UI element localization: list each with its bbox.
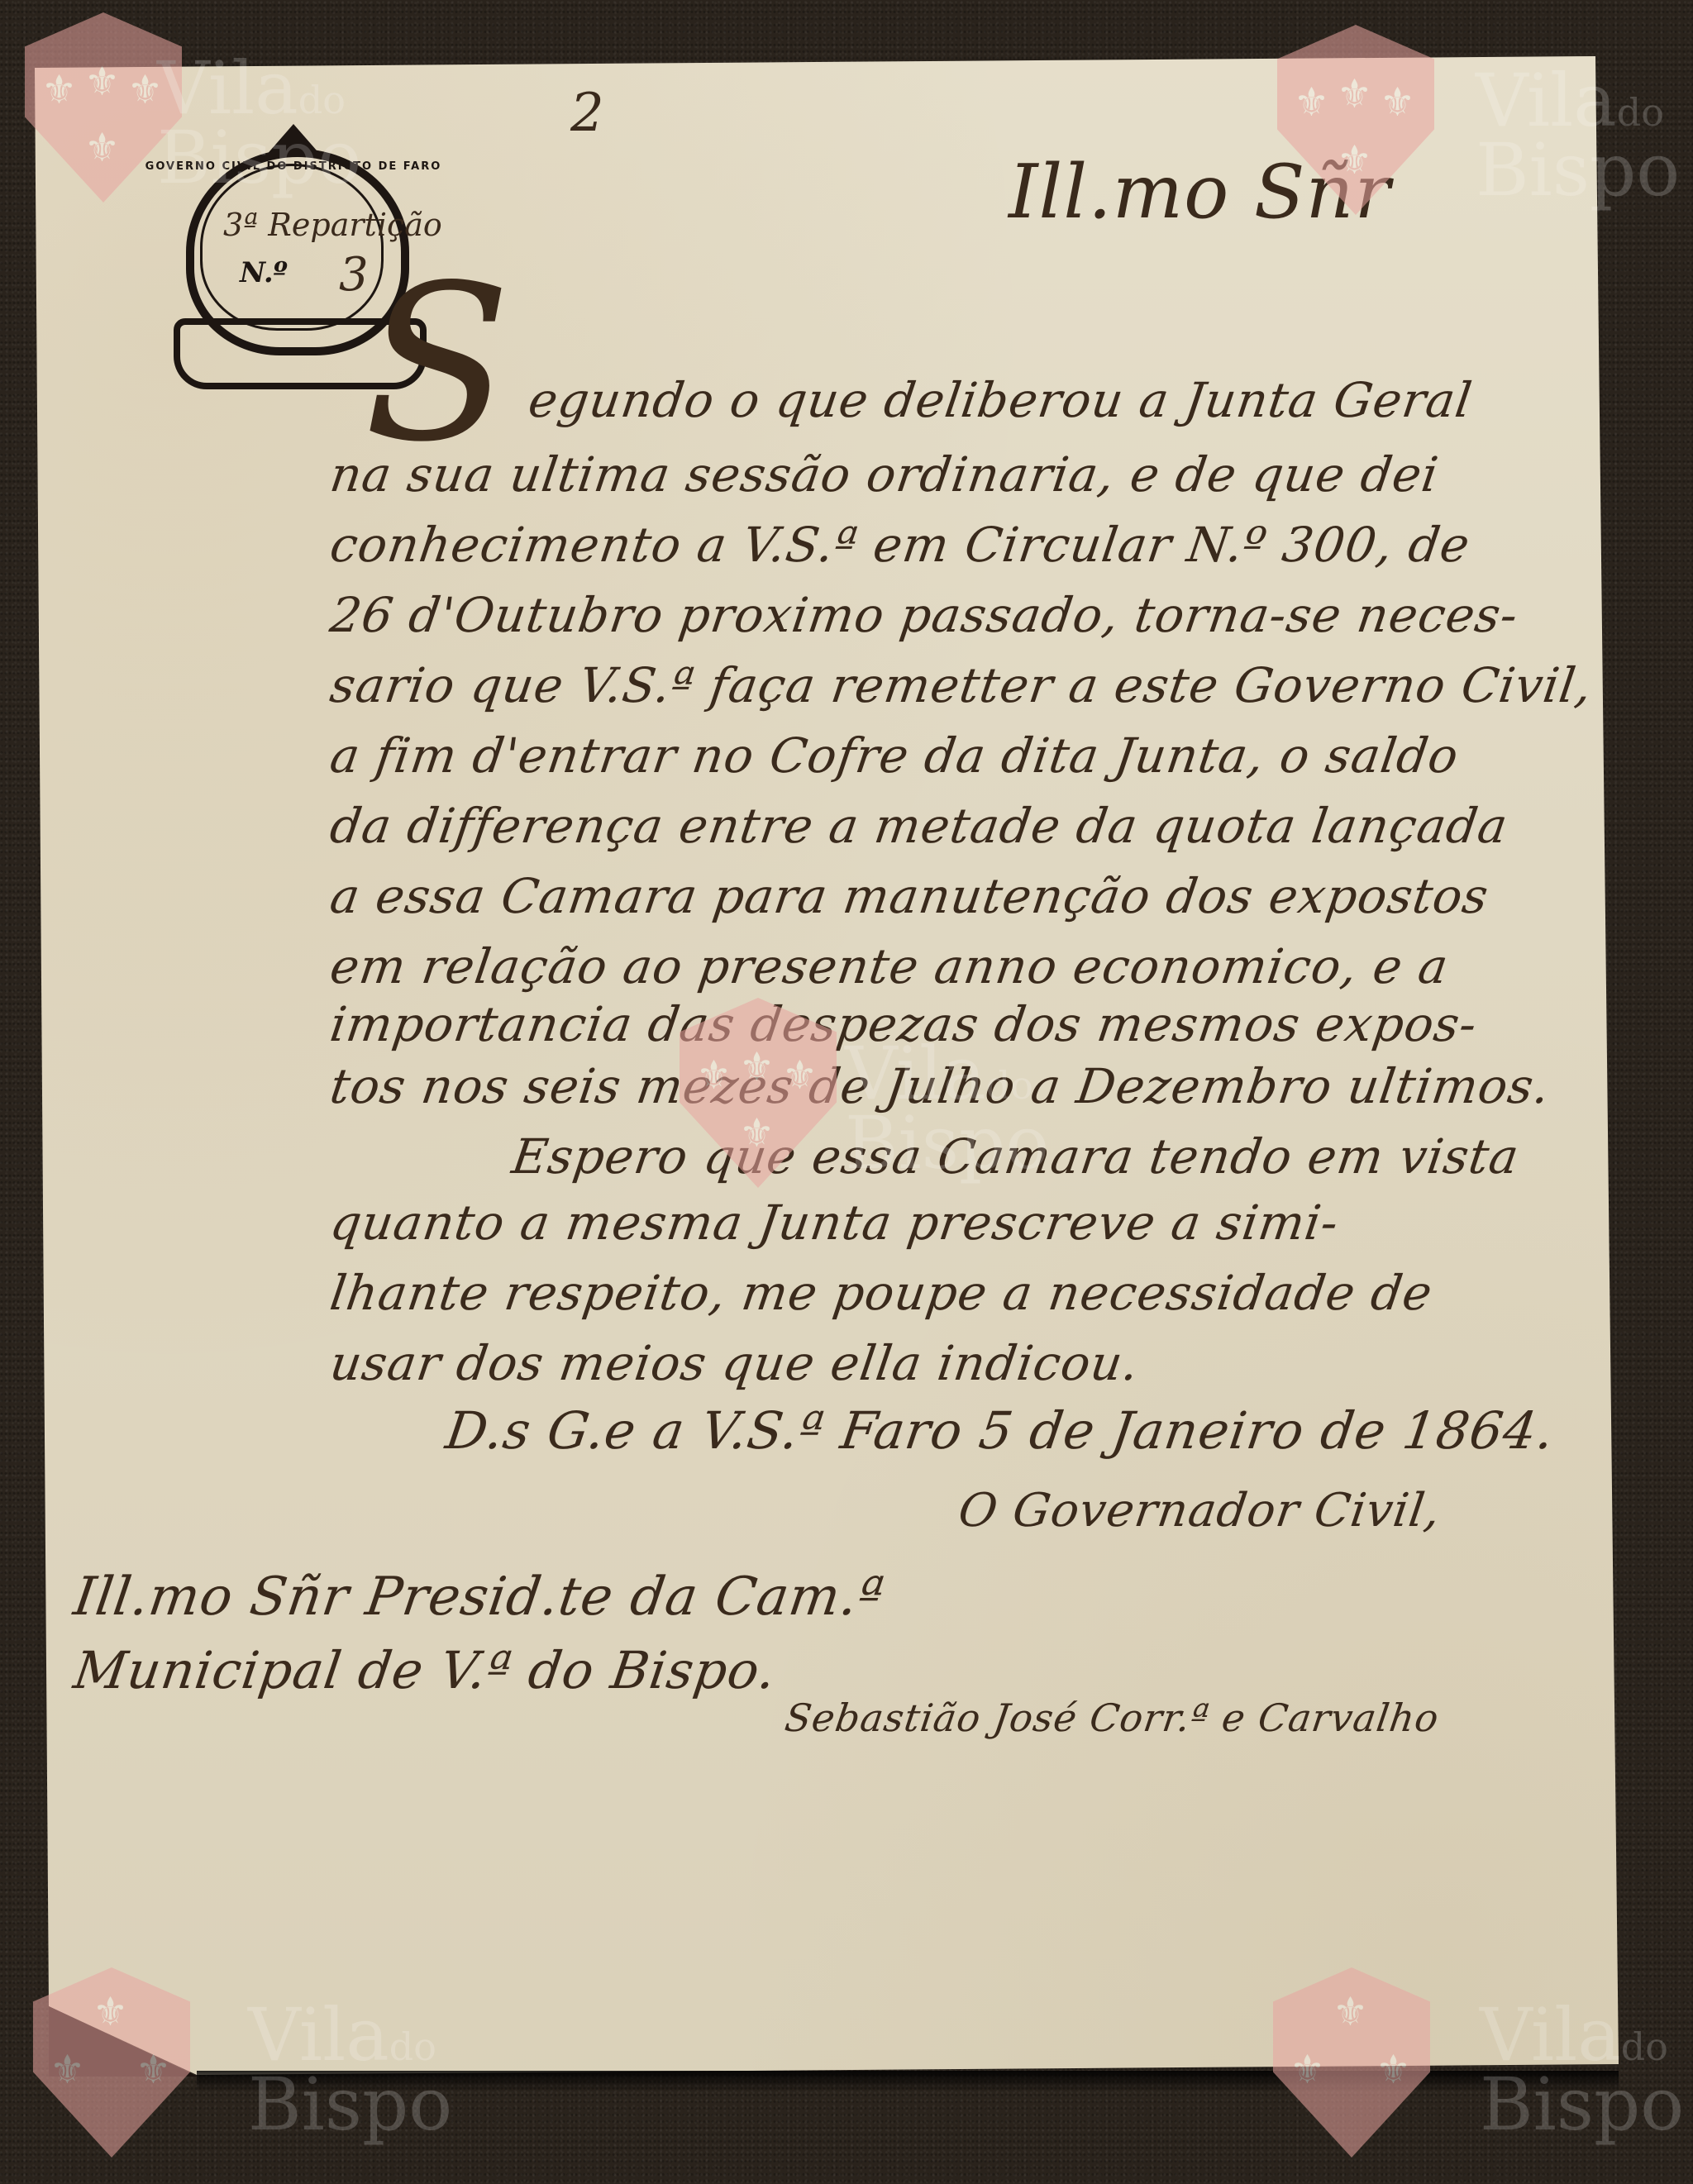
stamp-number-label: N.º <box>240 256 288 289</box>
watermark-label: Vilado Bispo <box>248 2000 452 2139</box>
body-line-3: conhecimento a V.S.ª em Circular N.º 300… <box>327 521 1473 569</box>
stamp-department: 3ª Repartição <box>223 207 442 243</box>
body-p2-line-3: lhante respeito, me poupe a necessidade … <box>327 1269 1436 1317</box>
body-line-1: egundo o que deliberou a Junta Geral <box>526 376 1476 424</box>
body-line-5: sario que V.S.ª faça remetter a este Gov… <box>327 661 1595 709</box>
body-line-6: a fim d'entrar no Cofre da dita Junta, o… <box>327 732 1462 780</box>
address-line-1: Ill.mo Sñr Presid.te da Cam.ª <box>71 1571 888 1624</box>
watermark-label: Vilado Bispo <box>1476 66 1680 204</box>
watermark-label: Vilado Bispo <box>157 54 361 192</box>
closing-date: D.s G.e a V.S.ª Faro 5 de Janeiro de 186… <box>443 1405 1558 1457</box>
body-p2-line-4: usar dos meios que ella indicou. <box>327 1339 1142 1387</box>
body-p2-line-2: quanto a mesma Junta prescreve a simi- <box>327 1199 1342 1247</box>
page-number: 2 <box>570 83 605 144</box>
body-line-9: em relação ao presente anno economico, e… <box>327 942 1452 990</box>
body-line-8: a essa Camara para manutenção dos expost… <box>327 872 1492 920</box>
body-line-2: na sua ultima sessão ordinaria, e de que… <box>327 451 1442 498</box>
watermark-label: Vilado Bispo <box>845 1039 1049 1177</box>
watermark-label: Vilado Bispo <box>1480 2000 1684 2139</box>
signature-name: Sebastião José Corr.ª e Carvalho <box>783 1699 1442 1737</box>
body-line-4: 26 d'Outubro proximo passado, torna-se n… <box>327 591 1521 639</box>
shield-icon: ⚜ ⚜ ⚜ <box>33 1967 190 2158</box>
shield-icon: ⚜ ⚜ ⚜ <box>1273 1967 1430 2158</box>
body-line-7: da differença entre a metade da quota la… <box>327 802 1511 850</box>
address-line-2: Municipal de V.ª do Bispo. <box>71 1645 780 1696</box>
signature-title: O Governador Civil, <box>956 1488 1443 1534</box>
